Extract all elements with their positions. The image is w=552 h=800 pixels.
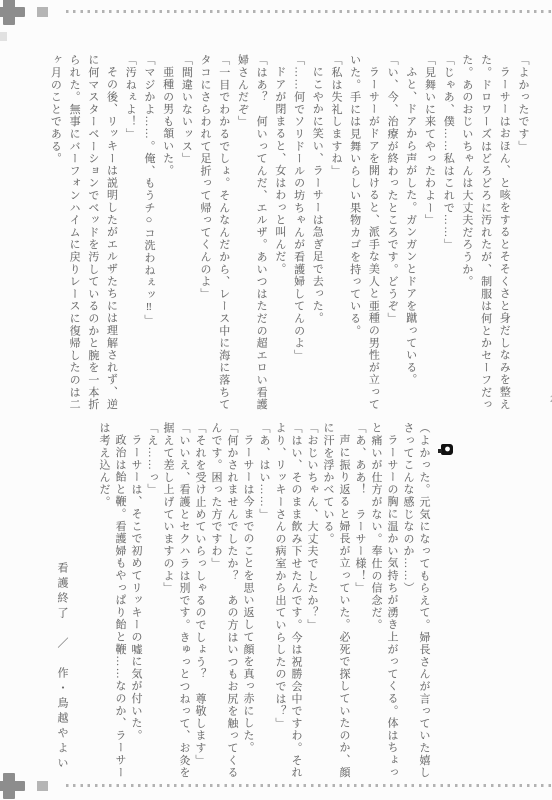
text-line: ドアが閉まると、女はわっと叫んだ。 <box>270 54 289 411</box>
text-line: 「はあ？ 何いってんだ、エルザ。あいつはただの超エロい看護 <box>251 54 270 411</box>
text-line: 据えて差し上げていますのよ」 <box>160 422 176 779</box>
text-line: 「じゃあ、僕……私はこれで……」 <box>438 54 457 411</box>
text-line: 「マジかよ……。俺、もうチ○コ洗わねぇッ‼」 <box>139 54 158 411</box>
text-line: 「間違いないッス」 <box>177 54 196 411</box>
text-line: タコにさらわれて足折って帰ってくんのよ」 <box>195 54 214 411</box>
page: 2 「よかったです」ラーサーはおほん、と咳をするとそそくさと身だしなみを整えた。… <box>0 0 552 800</box>
text-line: 「……何でソリドールの坊ちゃんが看護婦してんのよ」 <box>289 54 308 411</box>
text-line: に汗を浮かべている。 <box>320 422 336 779</box>
text-line: 亜種の男も頷いた。 <box>158 54 177 411</box>
text-line: 「一目でわかるでしょ。そんなんだから、レース中に海に落ちて <box>214 54 233 411</box>
text-line: ラーサーはおほん、と咳をするとそそくさと身だしなみを整え <box>495 54 514 411</box>
text-line: と痛いが仕方がない。奉仕の信念だ。 <box>368 422 384 779</box>
text-line: 「はい、そのまま飲み下せたんです。今は祝勝会中ですわ。それ <box>288 422 304 779</box>
edge-square-icon <box>0 32 7 41</box>
text-line: ヶ月のことである。 <box>46 54 65 411</box>
text-line: た。あのおじいちゃんは大丈夫だろうか。 <box>457 54 476 411</box>
text-block-bottom: （よかった。元気になってもらえて。婦長さんが言っていた嬉しさってこんな感じなのか… <box>54 422 432 779</box>
text-line: ふと、ドアから声がした。ガンガンとドアを蹴っている。 <box>401 54 420 411</box>
text-line: 「い、今、治療が終わったところです。どうぞ」 <box>382 54 401 411</box>
text-line: に何マスターベーションでベッドを汚しているのかと腕を一本折 <box>83 54 102 411</box>
text-line: ラーサーは今までのことを思い返して顔を真っ赤にした。 <box>240 422 256 779</box>
ink-mark-icon <box>438 443 454 456</box>
text-line: は考え込んだ。 <box>96 422 112 779</box>
text-line: た。ドロワーズはどろどろに汚れたが、制服は何とかセーフだっ <box>476 54 495 411</box>
text-line: 「私は失礼しますね」 <box>326 54 345 411</box>
text-line: 「あ、ああ！ ラーサー様！」 <box>352 422 368 779</box>
text-line: 政治は飴と鞭。看護婦もやっぱり飴と鞭……なのか、ラーサー <box>112 422 128 779</box>
text-line: 「何かされませんでしたか？ あの方はいつもお尻を触ってくる <box>224 422 240 779</box>
text-line: 「よかったです」 <box>513 54 532 411</box>
text-line: 声に振り返ると婦長が立っていた。必死で探していたのか、顔 <box>336 422 352 779</box>
colophon-line: 看護終了 ／ 作・鳥越やよい <box>54 422 70 779</box>
text-line: 「あ、はい……」 <box>256 422 272 779</box>
corner-square-icon <box>37 7 48 17</box>
text-line: ラーサーの胸に温かい気持ちが湧き上がってくる。体はちょっ <box>384 422 400 779</box>
registration-cross-icon <box>0 773 26 800</box>
text-line: 「おじいちゃん、大丈夫でしたか？」 <box>304 422 320 779</box>
dotted-border-top <box>66 10 552 13</box>
text-line: ラーサーがドアを開けると、派手な美人と亜種の男性が立って <box>364 54 383 411</box>
corner-square-icon <box>37 781 48 791</box>
text-line: 「汚ねぇよ！」 <box>121 54 140 411</box>
text-line: 「それを受け止めていらっしゃるのでしょう？ 尊敬します」 <box>192 422 208 779</box>
text-line: （よかった。元気になってもらえて。婦長さんが言っていた嬉し <box>416 422 432 779</box>
text-line: いた。手には見舞いらしい果物カゴを持っている。 <box>345 54 364 411</box>
text-line: 「いいえ、看護とセクハラは別です。きゅっとつねって、お灸を <box>176 422 192 779</box>
text-line: にこやかに笑い、ラーサーは急ぎ足で去った。 <box>308 54 327 411</box>
text-line: んです。困った方ですわ」 <box>208 422 224 779</box>
text-line: ラーサーは、そこで初めてリッキーの嘘に気が付いた。 <box>128 422 144 779</box>
text-line: 「え……っ」 <box>144 422 160 779</box>
text-line: 婦さんだぞ」 <box>233 54 252 411</box>
text-block-top: 「よかったです」ラーサーはおほん、と咳をするとそそくさと身だしなみを整えた。ドロ… <box>46 54 532 411</box>
text-line: より、リッキーさんの病室から出ていらしたのでは？」 <box>272 422 288 779</box>
text-line: られた。無事にバーフォンハイムに戻りレースに復帰したのは二 <box>64 54 83 411</box>
dotted-border-bottom <box>66 784 552 787</box>
text-line: 「見舞いに来てやったわよー」 <box>420 54 439 411</box>
registration-cross-icon <box>0 0 26 26</box>
text-line: さってこんな感じなのか……） <box>400 422 416 779</box>
text-line: その後、リッキーは説明したがエルザたちには理解されず、逆 <box>102 54 121 411</box>
